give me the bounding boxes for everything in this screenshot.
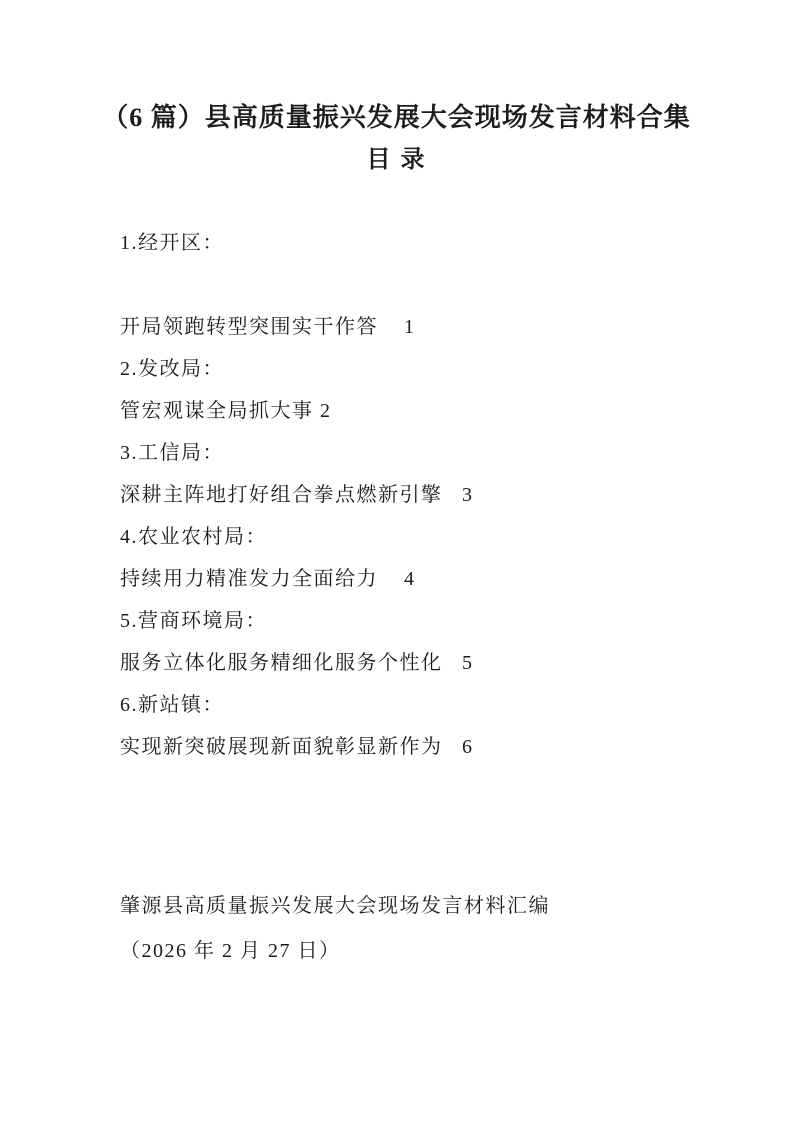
toc-entry-line: 实现新突破展现新面貌彰显新作为 6 — [120, 726, 693, 768]
footer-compilation-title: 肇源县高质量振兴发展大会现场发言材料汇编 — [120, 884, 693, 929]
document-page: （6 篇）县高质量振兴发展大会现场发言材料合集 目 录 1.经开区： 开局领跑转… — [0, 0, 793, 1122]
toc-entry-header: 2.发改局： — [120, 348, 693, 390]
footer-date: （2026 年 2 月 27 日） — [120, 929, 693, 974]
toc-entry-line: 服务立体化服务精细化服务个性化 5 — [120, 642, 693, 684]
document-footer: 肇源县高质量振兴发展大会现场发言材料汇编 （2026 年 2 月 27 日） — [120, 884, 693, 974]
toc-entry-header: 1.经开区： — [120, 222, 693, 264]
toc-entry-line: 持续用力精准发力全面给力 4 — [120, 558, 693, 600]
toc-entry-header: 3.工信局： — [120, 432, 693, 474]
toc-entry-header: 4.农业农村局： — [120, 516, 693, 558]
toc-entry-line: 管宏观谋全局抓大事 2 — [120, 390, 693, 432]
toc-entry-line: 开局领跑转型突围实干作答 1 — [120, 306, 693, 348]
document-title: （6 篇）县高质量振兴发展大会现场发言材料合集 — [0, 100, 793, 136]
toc-heading: 目 录 — [0, 144, 793, 176]
toc-list: 1.经开区： 开局领跑转型突围实干作答 1 2.发改局： 管宏观谋全局抓大事 2… — [120, 222, 693, 768]
toc-entry-header: 5.营商环境局： — [120, 600, 693, 642]
toc-entry-header: 6.新站镇： — [120, 684, 693, 726]
toc-entry-line: 深耕主阵地打好组合拳点燃新引擎 3 — [120, 474, 693, 516]
